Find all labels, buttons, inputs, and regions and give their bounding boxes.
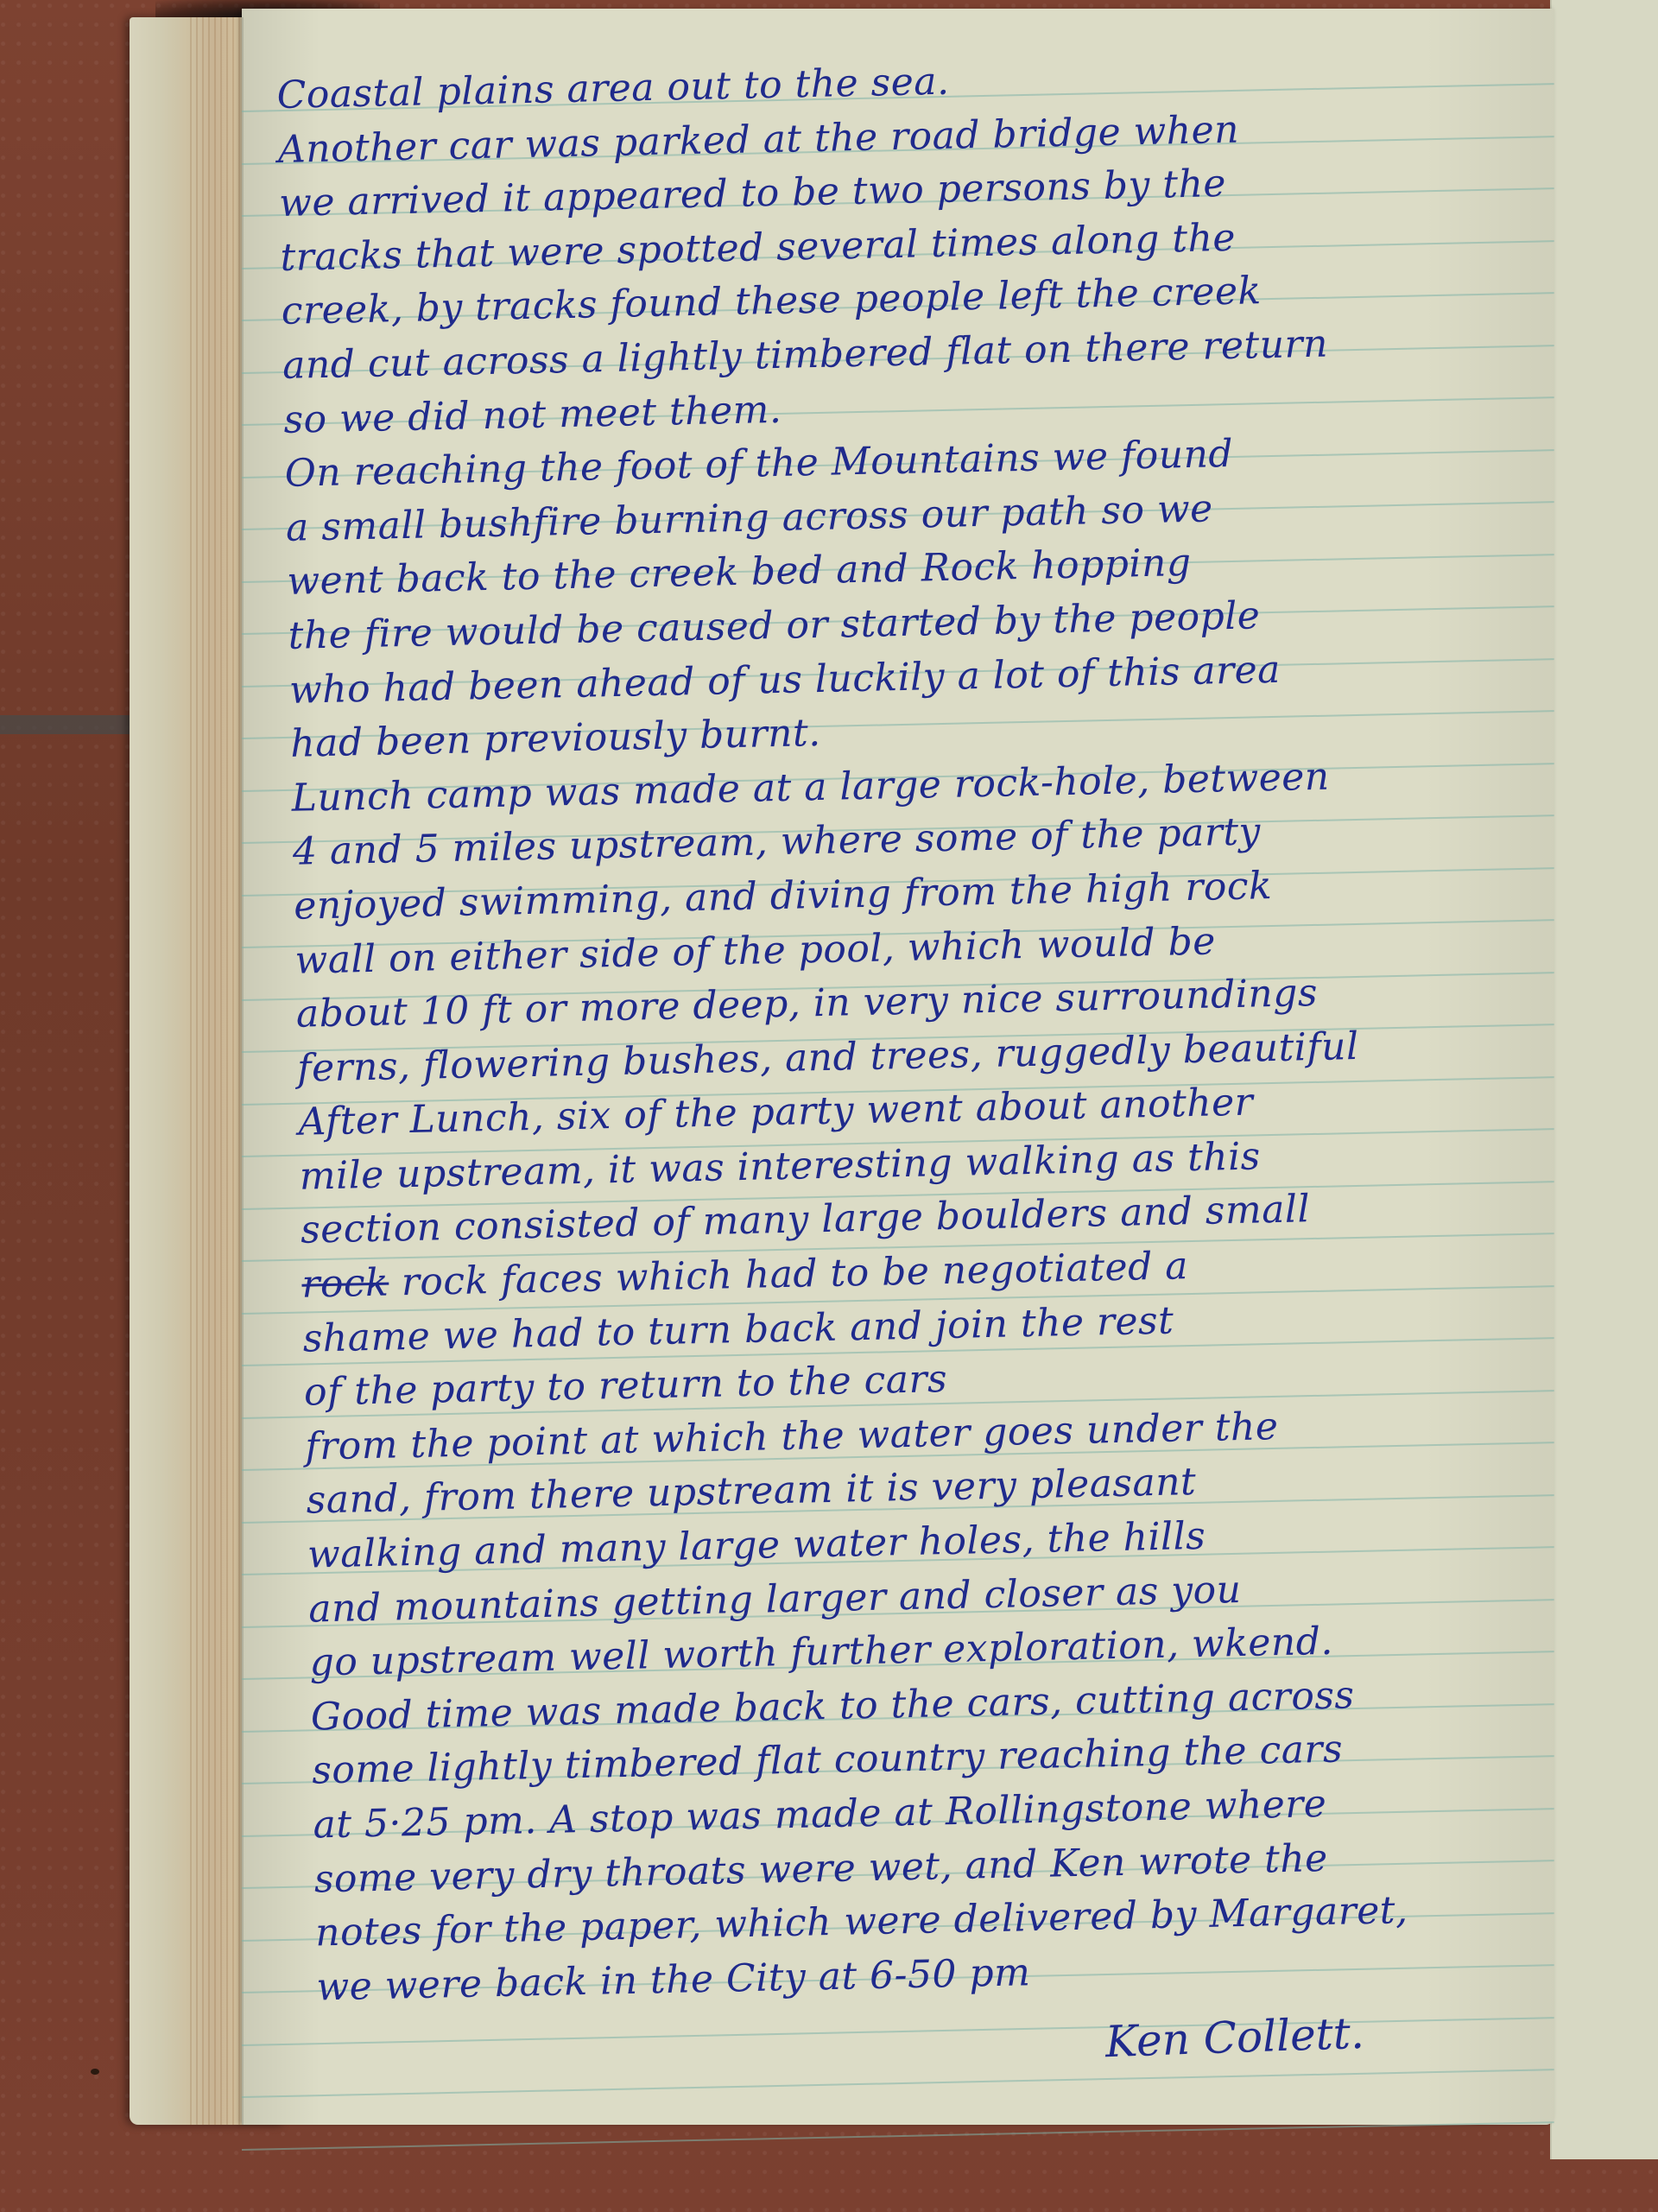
paper-hole (91, 2069, 99, 2075)
ruled-line (242, 2069, 1554, 2098)
page-margin-line (242, 17, 244, 2125)
notebook-page: Coastal plains area out to the sea. Anot… (242, 9, 1554, 2125)
tile-grout-line (0, 715, 130, 734)
signature: Ken Collett. (1104, 2008, 1365, 2067)
handwritten-text: Coastal plains area out to the sea. Anot… (276, 42, 1578, 2014)
struck-out-word: rock (301, 1261, 389, 1307)
